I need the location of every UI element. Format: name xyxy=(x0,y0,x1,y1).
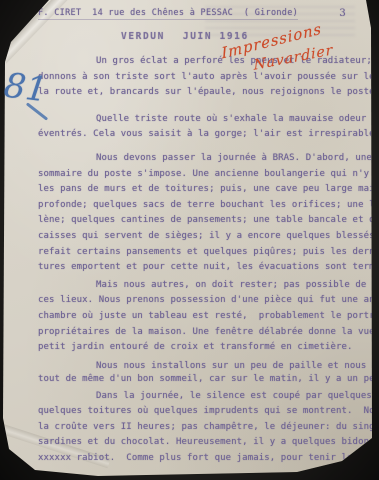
text-line: Nous devons passer la journée à BRAS. D'… xyxy=(38,151,372,167)
text-line: ces lieux. Nous prenons possession d'une… xyxy=(38,293,372,309)
text-line: éventrés. Cela vous saisit à la gorge; l… xyxy=(38,127,372,143)
paragraph: Un gros éclat a perforé les pneus et le … xyxy=(38,54,372,101)
text-line: sommaire du poste s'impose. Une ancienne… xyxy=(38,167,372,183)
title-place: VERDUN xyxy=(121,31,165,42)
text-line: Dans la journée, le silence est coupé pa… xyxy=(38,389,372,405)
document-page: F. CIRET 14 rue des Chênes à PESSAC ( Gi… xyxy=(0,0,379,480)
text-line: xxxxxx rabiot. Comme plus fort que jamai… xyxy=(38,451,372,467)
text-line: les pans de murs et de toitures; puis, u… xyxy=(38,182,372,198)
text-line: tout de même d'un bon sommeil, car sur l… xyxy=(38,373,372,386)
text-line: la route et, brancards sur l'épaule, nou… xyxy=(38,85,372,101)
text-line: sardines et du chocolat. Heureusement, i… xyxy=(38,435,372,451)
section-title: VERDUN JUIN 1916 xyxy=(121,31,249,42)
text-line: petit jardin entouré de croix et transfo… xyxy=(38,340,372,356)
text-line: quelques toitures où quelques imprudents… xyxy=(38,404,372,420)
text-line: refait certains pansements et quelques p… xyxy=(38,245,372,261)
text-line: Quelle triste route où s'exhale la mauva… xyxy=(38,112,372,128)
paragraph: Mais nous autres, on doit rester; pas po… xyxy=(38,278,372,356)
scan-background: F. CIRET 14 rue des Chênes à PESSAC ( Gi… xyxy=(0,0,379,480)
text-line: tures emportent et pour cette nuit, les … xyxy=(38,260,372,276)
paragraph: Nous nous installons sur un peu de paill… xyxy=(38,360,372,386)
text-line: propriétaires de la maison. Une fenêtre … xyxy=(38,325,372,341)
paragraph: Nous devons passer la journée à BRAS. D'… xyxy=(38,151,372,276)
text-line: chambre où juste un tableau est resté, p… xyxy=(38,309,372,325)
body-text: Un gros éclat a perforé les pneus et le … xyxy=(38,54,372,467)
text-line: Mais nous autres, on doit rester; pas po… xyxy=(38,278,372,294)
text-line: donnons à son triste sort l'auto après l… xyxy=(38,70,372,86)
text-line: profonde; quelques sacs de terre bouchan… xyxy=(38,198,372,214)
text-line: Nous nous installons sur un peu de paill… xyxy=(38,360,372,373)
text-line: caisses qui servent de sièges; il y a en… xyxy=(38,229,372,245)
page-number: 3 xyxy=(339,8,360,19)
paragraph: Dans la journée, le silence est coupé pa… xyxy=(38,389,372,467)
text-line: la croûte vers II heures; pas champêtre,… xyxy=(38,420,372,436)
page-header: F. CIRET 14 rue des Chênes à PESSAC ( Gi… xyxy=(38,8,360,20)
author-address-line: F. CIRET 14 rue des Chênes à PESSAC ( Gi… xyxy=(38,8,298,20)
text-line: lène; quelques cantines de pansements; u… xyxy=(38,213,372,229)
paragraph: Quelle triste route où s'exhale la mauva… xyxy=(38,112,372,143)
